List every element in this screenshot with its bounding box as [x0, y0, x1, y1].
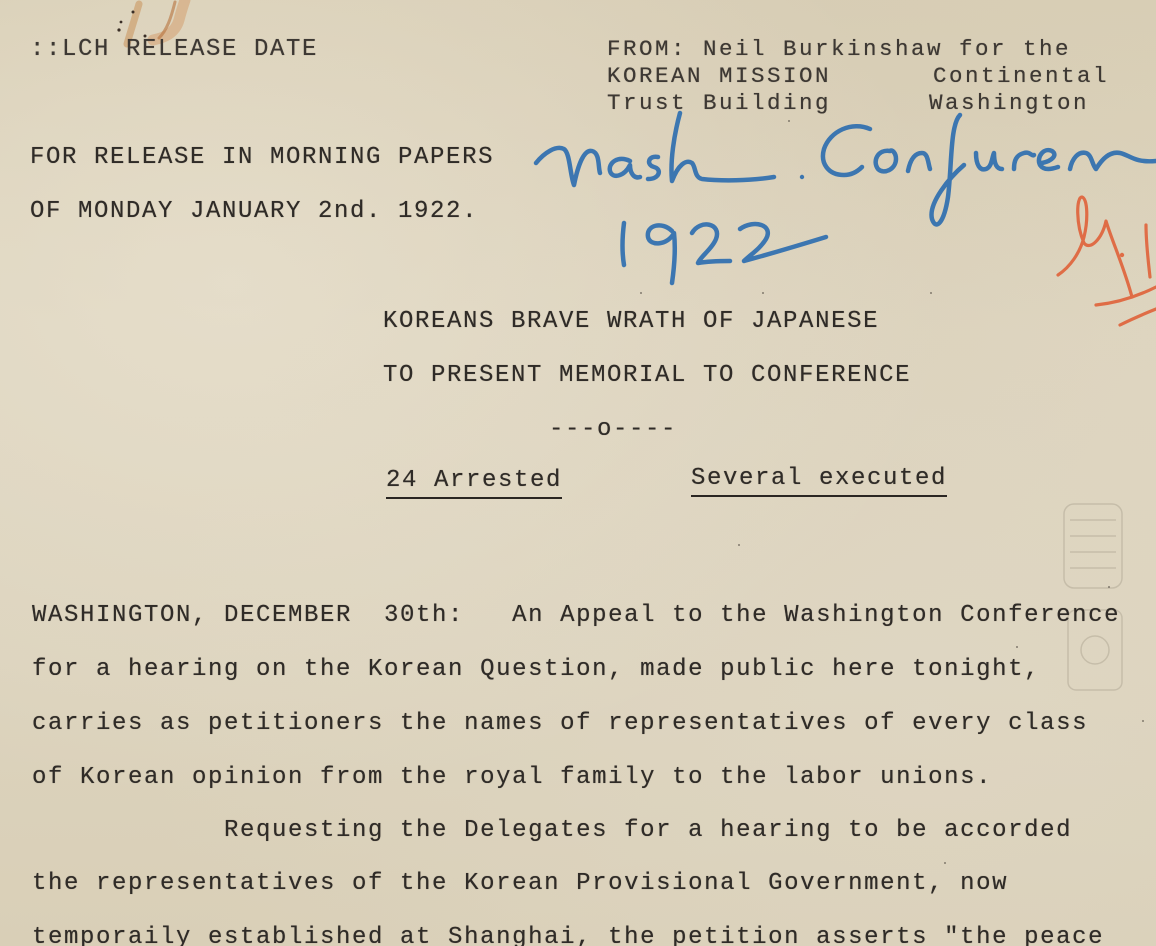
subhead-executed: Several executed — [691, 467, 947, 497]
body-line-3: carries as petitioners the names of repr… — [32, 712, 1088, 736]
headline-separator: ---o---- — [549, 418, 677, 442]
release-date-label: ::LCH RELEASE DATE — [30, 38, 318, 62]
from-line: FROM: Neil Burkinshaw for the — [607, 38, 1071, 61]
body-line-6: the representatives of the Korean Provis… — [32, 872, 1008, 896]
paper-speck — [930, 292, 932, 294]
headline-line2: TO PRESENT MEMORIAL TO CONFERENCE — [383, 364, 911, 388]
body-line-2: for a hearing on the Korean Question, ma… — [32, 658, 1040, 682]
embossed-seal-mark — [1060, 500, 1130, 700]
paper-speck — [738, 544, 740, 546]
from-building-name: Continental — [933, 65, 1109, 88]
body-line-4: of Korean opinion from the royal family … — [32, 766, 992, 790]
document-page: ::LCH RELEASE DATE FOR RELEASE IN MORNIN… — [0, 0, 1156, 946]
handwritten-annotation-blue — [530, 105, 1156, 290]
release-instruction-line2: OF MONDAY JANUARY 2nd. 1922. — [30, 200, 478, 224]
body-line-7: temporaily established at Shanghai, the … — [32, 926, 1104, 946]
body-line-5: Requesting the Delegates for a hearing t… — [32, 819, 1072, 843]
from-address: Trust Building — [607, 92, 831, 115]
paper-speck — [788, 120, 790, 122]
paper-speck — [1108, 586, 1110, 588]
paper-speck — [1142, 720, 1144, 722]
paper-speck — [640, 292, 642, 294]
handwritten-mark-red — [1040, 185, 1156, 330]
from-org: KOREAN MISSION — [607, 65, 831, 88]
paper-speck — [762, 292, 764, 294]
headline-line1: KOREANS BRAVE WRATH OF JAPANESE — [383, 310, 879, 334]
subhead-arrested: 24 Arrested — [386, 469, 562, 499]
paper-speck — [944, 862, 946, 864]
from-city: Washington — [929, 92, 1089, 115]
paper-speck — [1016, 646, 1018, 648]
body-line-1: WASHINGTON, DECEMBER 30th: An Appeal to … — [32, 604, 1120, 628]
release-instruction-line1: FOR RELEASE IN MORNING PAPERS — [30, 146, 494, 170]
